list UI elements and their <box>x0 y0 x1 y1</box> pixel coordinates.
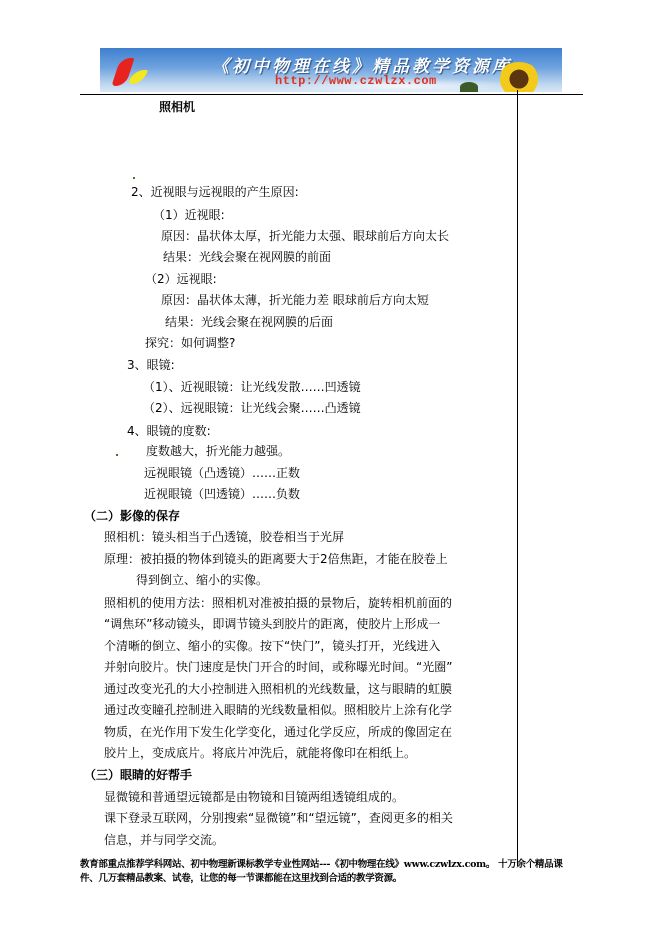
table-column-divider <box>517 90 518 866</box>
explore-question: 探究：如何调整? <box>145 336 235 350</box>
part-3-line-2: 课下登录互联网，分别搜索“显微镜”和“望远镜”，查阅更多的相关 <box>104 811 453 825</box>
part-3-line-3: 信息，并与同学交流。 <box>104 833 224 847</box>
usage-line-5: 通过改变光孔的大小控制进入照相机的光线数量，这与眼睛的虹膜 <box>104 682 452 696</box>
section-3-1: （1）、近视眼镜：让光线发散……凹透镜 <box>143 380 361 394</box>
section-2-1-cause: 原因：晶状体太厚，折光能力太强、眼球前后方向太长 <box>161 229 449 243</box>
part-2-camera: 照相机：镜头相当于凸透镜，胶卷相当于光屏 <box>104 530 344 544</box>
footer-line-2: 件、几万套精品教案、试卷，让您的每一节课都能在这里找到合适的教学资源。 <box>80 870 402 884</box>
part-3-title: （三）眼睛的好帮手 <box>84 768 192 782</box>
section-4-line-2: 远视眼镜（凸透镜）……正数 <box>144 466 300 480</box>
marker-dot <box>116 454 118 456</box>
leaf-icon <box>460 82 478 92</box>
section-4-title: 4、眼镜的度数: <box>127 424 211 438</box>
section-3-2: （2）、远视眼镜：让光线会聚……凸透镜 <box>143 401 361 415</box>
part-2-title: （二）影像的保存 <box>84 509 180 523</box>
section-2-title: 2、近视眼与远视眼的产生原因: <box>131 185 299 199</box>
table-top-border <box>80 94 583 95</box>
marker-dot <box>133 177 135 179</box>
usage-line-3: 个清晰的倒立、缩小的实像。按下“快门”，镜头打开，光线进入 <box>104 639 440 653</box>
heading-camera: 照相机 <box>159 100 195 114</box>
section-2-2-cause: 原因：晶状体太薄，折光能力差 眼球前后方向太短 <box>161 293 429 307</box>
usage-line-2: “调焦环”移动镜头，即调节镜头到胶片的距离，使胶片上形成一 <box>104 617 440 631</box>
footer-line-1: 教育部重点推荐学科网站、初中物理新课标教学专业性网站---《初中物理在线》www… <box>80 856 563 870</box>
usage-line-4: 并射向胶片。快门速度是快门开合的时间，或称曝光时间。“光圈” <box>104 660 452 674</box>
logo-accent-icon <box>128 70 149 84</box>
part-3-line-1: 显微镜和普通望远镜都是由物镜和目镜两组透镜组成的。 <box>104 790 404 804</box>
section-2-2-title: （2）远视眼: <box>145 272 217 286</box>
section-4-line-3: 近视眼镜（凹透镜）……负数 <box>144 487 300 501</box>
usage-line-6: 通过改变瞳孔控制进入眼睛的光线数量相似。照相胶片上涂有化学 <box>104 703 452 717</box>
section-2-1-result: 结果：光线会聚在视网膜的前面 <box>163 250 331 264</box>
section-2-1-title: （1）近视眼: <box>153 208 225 222</box>
part-2-principle-2: 得到倒立、缩小的实像。 <box>136 573 268 587</box>
section-4-line-1: 度数越大，折光能力越强。 <box>146 444 290 458</box>
usage-line-1: 照相机的使用方法：照相机对准被拍摄的景物后，旋转相机前面的 <box>104 596 452 610</box>
banner-url[interactable]: http://www.czwlzx.com <box>275 74 437 88</box>
usage-line-8: 胶片上，变成底片。将底片冲洗后，就能将像印在相纸上。 <box>104 746 416 760</box>
part-2-principle-1: 原理：被拍摄的物体到镜头的距离要大于2倍焦距，才能在胶卷上 <box>104 552 448 566</box>
sunflower-icon <box>496 62 542 92</box>
section-2-2-result: 结果：光线会聚在视网膜的后面 <box>165 315 333 329</box>
site-banner: 《初中物理在线》精品教学资源库 http://www.czwlzx.com <box>100 48 562 92</box>
section-3-title: 3、眼镜: <box>127 358 175 372</box>
usage-line-7: 物质，在光作用下发生化学变化，通过化学反应，所成的像固定在 <box>104 725 452 739</box>
